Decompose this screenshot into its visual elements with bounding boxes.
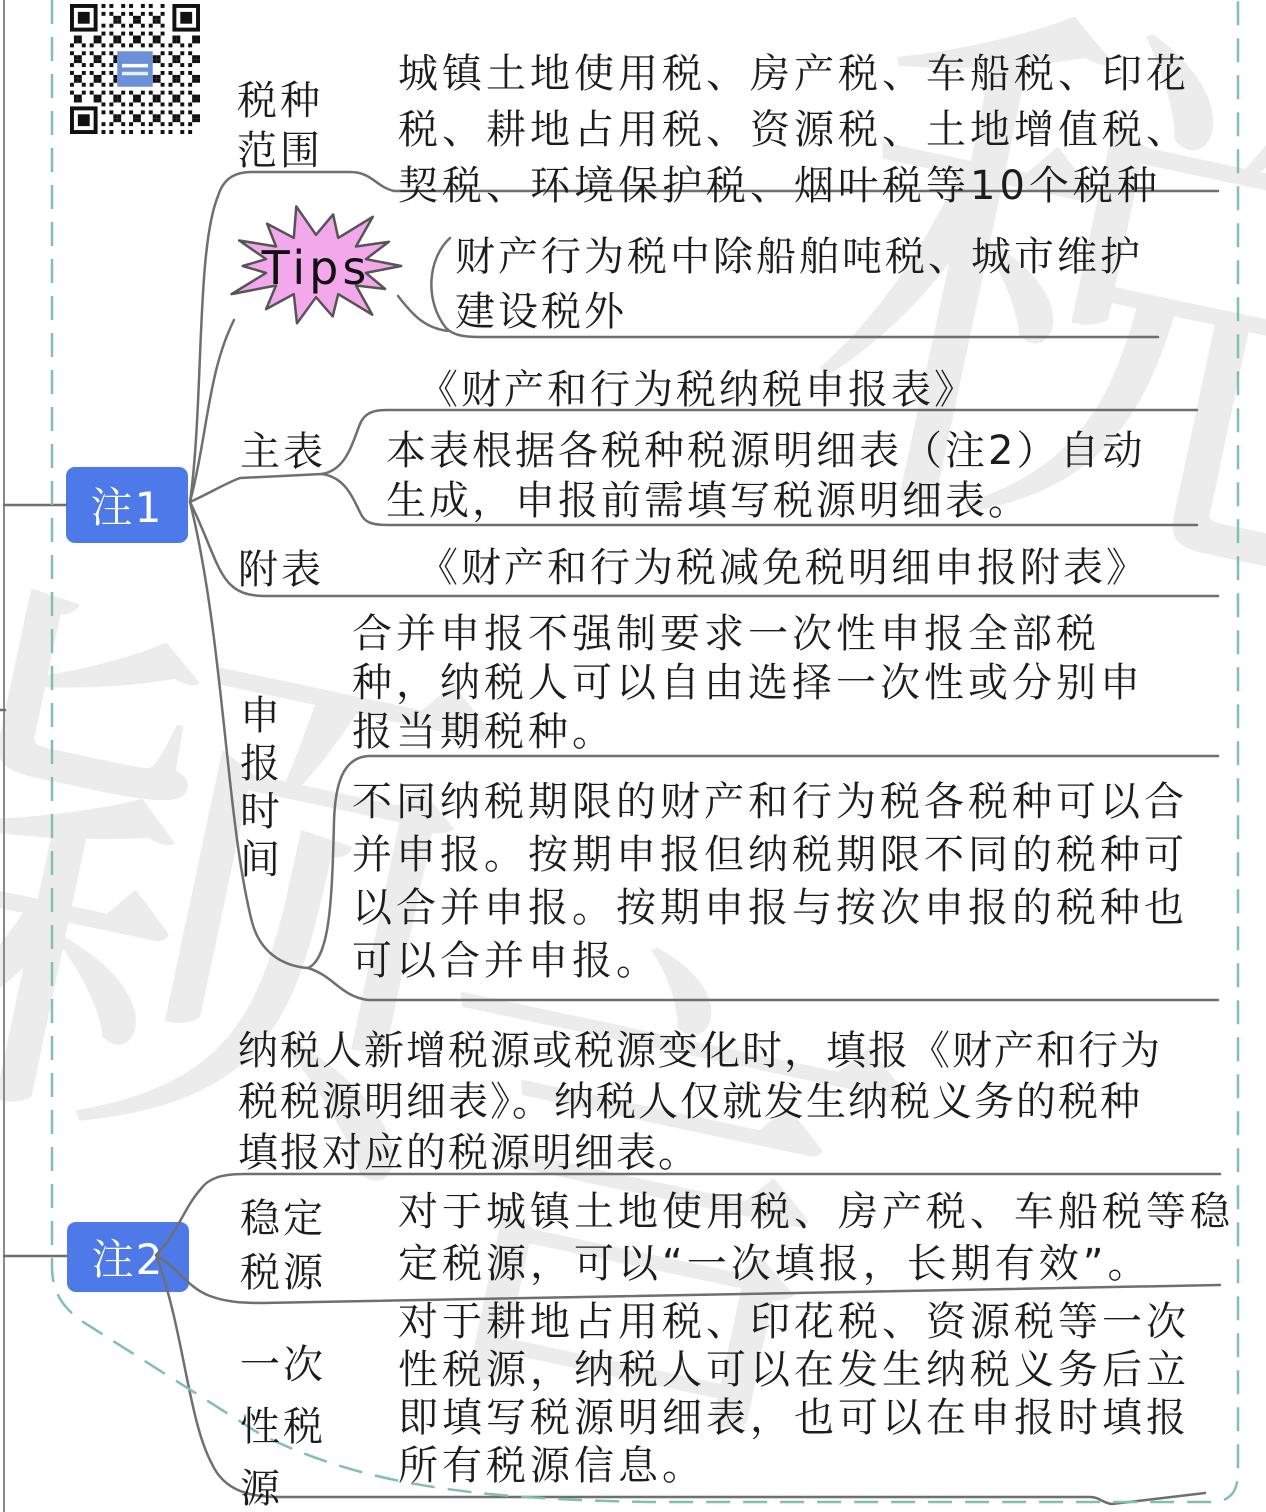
node-label-attached-table[interactable]: 附表 — [238, 538, 324, 595]
node-label-tax-scope[interactable]: 税种 范围 — [237, 76, 323, 176]
node-label-main-table[interactable]: 主表 — [240, 420, 326, 477]
node-label-stable-source[interactable]: 稳定 税源 — [240, 1192, 326, 1300]
mindmap-canvas: 税 颖 言 — [0, 0, 1266, 1512]
node-label-filing-time[interactable]: 申 报 时 间 — [240, 692, 280, 884]
node-main-table-note[interactable]: 本表根据各税种税源明细表（注2）自动 生成，申报前需填写税源明细表。 — [386, 426, 1145, 526]
node-note1[interactable]: 注1 — [66, 467, 188, 543]
node-stable-source-text[interactable]: 对于城镇土地使用税、房产税、车船税等稳 定税源，可以“一次填报，长期有效”。 — [398, 1186, 1234, 1290]
node-filing-time-text2[interactable]: 不同纳税期限的财产和行为税各税种可以合 并申报。按期申报但纳税期限不同的税种可 … — [352, 776, 1188, 988]
node-note2-desc[interactable]: 纳税人新增税源或税源变化时，填报《财产和行为 税税源明细表》。纳税人仅就发生纳税… — [238, 1026, 1162, 1179]
qr-code — [70, 4, 200, 134]
node-onetime-source-text[interactable]: 对于耕地占用税、印花税、资源税等一次 性税源，纳税人可以在发生纳税义务后立 即填… — [398, 1298, 1190, 1490]
node-note2-label: 注2 — [92, 1227, 165, 1287]
node-label-onetime-source[interactable]: 一次 性税 源 — [240, 1334, 326, 1512]
node-filing-time-text1[interactable]: 合并申报不强制要求一次性申报全部税 种，纳税人可以自由选择一次性或分别申 报当期… — [352, 610, 1144, 757]
node-note2[interactable]: 注2 — [67, 1222, 189, 1292]
node-main-table-title[interactable]: 《财产和行为税纳税申报表》 — [418, 358, 977, 415]
node-attached-table-text[interactable]: 《财产和行为税减免税明细申报附表》 — [418, 536, 1149, 593]
node-tax-scope-text[interactable]: 城镇土地使用税、房产税、车船税、印花 税、耕地占用税、资源税、土地增值税、 契税… — [398, 46, 1190, 214]
node-tips-text[interactable]: 财产行为税中除船舶吨税、城市维护 建设税外 — [455, 230, 1143, 340]
tips-star-label: Tips — [224, 200, 408, 336]
tips-star[interactable]: Tips — [224, 200, 408, 336]
node-note1-label: 注1 — [91, 475, 164, 535]
